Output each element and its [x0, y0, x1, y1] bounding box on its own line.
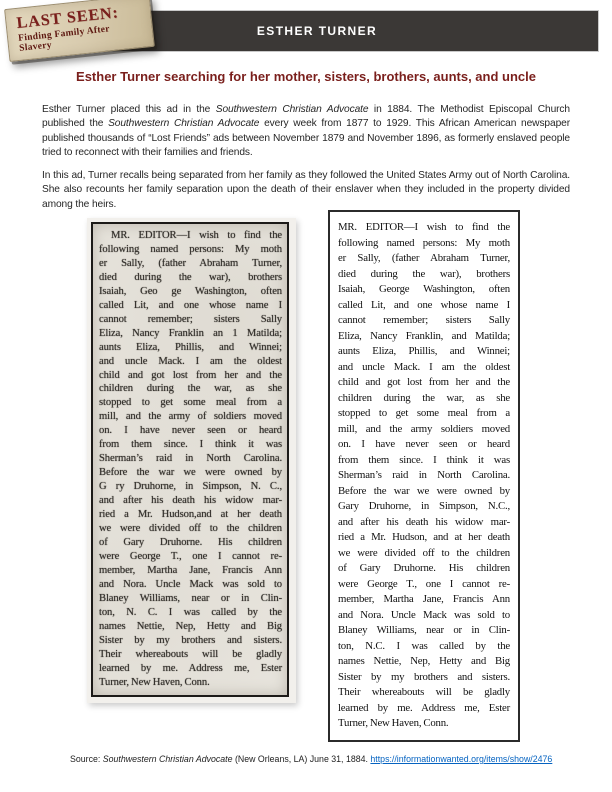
transcription-line: Eliza, Nancy Franklin, and Matilda; — [338, 329, 510, 345]
transcription-line: were George T., one I cannot re- — [338, 577, 510, 593]
clipping-line: and after his death his widow mar- — [99, 494, 282, 508]
text-segment: Southwestern Christian Advocate — [216, 104, 369, 115]
transcription-line: Sister by my brothers and sisters. — [338, 670, 510, 686]
transcription-line: from them since. I think it was — [338, 453, 510, 469]
clipping-line: Their whereabouts will be gladly — [99, 648, 282, 662]
transcription-line: Blaney Williams, near or in Clin- — [338, 623, 510, 639]
text-segment: Source: — [70, 754, 103, 764]
clipping-border: MR. EDITOR—I wish to find thefollowing n… — [91, 222, 289, 697]
clipping-text: MR. EDITOR—I wish to find thefollowing n… — [99, 229, 282, 689]
source-link[interactable]: https://informationwanted.org/items/show… — [370, 754, 552, 764]
clipping-line: were George T., one I cannot re- — [99, 550, 282, 564]
clipping-line: stopped to get some meal from a — [99, 396, 282, 410]
transcription-line: MR. EDITOR—I wish to find the — [338, 220, 510, 236]
clipping-line: died during the war), brothers — [99, 271, 282, 285]
clipping-line: ried a Mr. Hudson,and at her death — [99, 508, 282, 522]
transcription-line: cannot remember; sisters Sally — [338, 313, 510, 329]
clipping-line: of Gary Druhorne. His children — [99, 536, 282, 550]
transcription-line: and Nora. Uncle Mack was sold to — [338, 608, 510, 624]
clipping-line: child and got lost from her and the — [99, 369, 282, 383]
transcription-line: children during the war, as she — [338, 391, 510, 407]
clipping-line: Before the war we were owned by — [99, 466, 282, 480]
transcription-line: stopped to get some meal from a — [338, 406, 510, 422]
clipping-line: Isaiah, Geo ge Washington, often — [99, 285, 282, 299]
transcription-line: we were divided off to the children — [338, 546, 510, 562]
clipping-line: mill, and the army of soldiers moved — [99, 410, 282, 424]
clipping-line: er Sally, (father Abraham Turner, — [99, 257, 282, 271]
transcription-line: of Gary Druhorne. His children — [338, 561, 510, 577]
clipping-line: Blaney Williams, near or in Clin- — [99, 592, 282, 606]
clipping-line: on. I have never seen or heard — [99, 424, 282, 438]
transcription-line: and after his death his widow mar- — [338, 515, 510, 531]
transcription-line: aunts Eliza, Phillis, and Winnei; — [338, 344, 510, 360]
clipping-line: names Nettie, Nep, Hetty and Big — [99, 620, 282, 634]
intro-paragraph-2: In this ad, Turner recalls being separat… — [42, 169, 570, 212]
clipping-line: Sherman’s raid in North Carolina. — [99, 452, 282, 466]
source-citation: Source: Southwestern Christian Advocate … — [70, 754, 570, 764]
last-seen-logo: LAST SEEN: Finding Family After Slavery — [4, 0, 155, 62]
newspaper-clipping-scan: MR. EDITOR—I wish to find thefollowing n… — [87, 218, 296, 703]
transcription-box: MR. EDITOR—I wish to find thefollowing n… — [328, 210, 520, 742]
transcription-line: Gary Druhorne, in Simpson, N.C., — [338, 499, 510, 515]
clipping-line: following named persons: My moth — [99, 243, 282, 257]
header-title: ESTHER TURNER — [257, 24, 377, 38]
transcription-line: on. I have never seen or heard — [338, 437, 510, 453]
clipping-line: called Lit, and one whose name I — [99, 299, 282, 313]
transcription-text: MR. EDITOR—I wish to find thefollowing n… — [338, 220, 510, 732]
transcription-line: names Nettie, Nep, Hetty and Big — [338, 654, 510, 670]
transcription-line: child and got lost from her and the — [338, 375, 510, 391]
clipping-line: aunts Eliza, Phillis, and Winnei; — [99, 341, 282, 355]
transcription-line: Isaiah, George Washington, often — [338, 282, 510, 298]
text-segment: Southwestern Christian Advocate — [103, 754, 233, 764]
transcription-line: ried a Mr. Hudson, and at her death — [338, 530, 510, 546]
clipping-line: children during the war, as she — [99, 382, 282, 396]
clipping-line: Turner, New Haven, Conn. — [99, 676, 282, 690]
transcription-line: Turner, New Haven, Conn. — [338, 716, 510, 732]
transcription-line: learned by me. Address me, Ester — [338, 701, 510, 717]
text-segment: Esther Turner placed this ad in the — [42, 104, 216, 115]
clipping-line: from them since. I think it was — [99, 438, 282, 452]
clipping-line: and Nora. Uncle Mack was sold to — [99, 578, 282, 592]
clipping-line: cannot remember; sisters Sally — [99, 313, 282, 327]
clipping-line: ton, N. C. I was called by the — [99, 606, 282, 620]
transcription-line: ton, N.C. I was called by the — [338, 639, 510, 655]
clipping-line: MR. EDITOR—I wish to find the — [99, 229, 282, 243]
transcription-line: following named persons: My moth — [338, 236, 510, 252]
transcription-line: died during the war), brothers — [338, 267, 510, 283]
transcription-line: er Sally, (father Abraham Turner, — [338, 251, 510, 267]
intro-paragraph-1: Esther Turner placed this ad in the Sout… — [42, 103, 570, 160]
text-segment: Southwestern Christian Advocate — [108, 118, 259, 129]
transcription-line: and uncle Mack. I am the oldest — [338, 360, 510, 376]
transcription-line: Their whereabouts will be gladly — [338, 685, 510, 701]
clipping-line: learned by me. Address me, Ester — [99, 662, 282, 676]
transcription-line: Before the war we were owned by — [338, 484, 510, 500]
transcription-line: mill, and the army soldiers moved — [338, 422, 510, 438]
transcription-line: called Lit, and one whose name I — [338, 298, 510, 314]
clipping-line: member, Martha Jane, Francis Ann — [99, 564, 282, 578]
document-page: ESTHER TURNER LAST SEEN: Finding Family … — [0, 0, 612, 792]
transcription-line: Sherman’s raid in North Carolina. — [338, 468, 510, 484]
transcription-line: member, Martha Jane, Francis Ann — [338, 592, 510, 608]
clipping-line: and uncle Mack. I am the oldest — [99, 355, 282, 369]
clipping-line: Eliza, Nancy Franklin an 1 Matilda; — [99, 327, 282, 341]
text-segment: (New Orleans, LA) June 31, 1884. — [233, 754, 371, 764]
clipping-line: we were divided off to the children — [99, 522, 282, 536]
clipping-line: G ry Druhorne, in Simpson, N. C., — [99, 480, 282, 494]
page-title: Esther Turner searching for her mother, … — [0, 69, 612, 84]
clipping-line: Sister by my brothers and sisters. — [99, 634, 282, 648]
